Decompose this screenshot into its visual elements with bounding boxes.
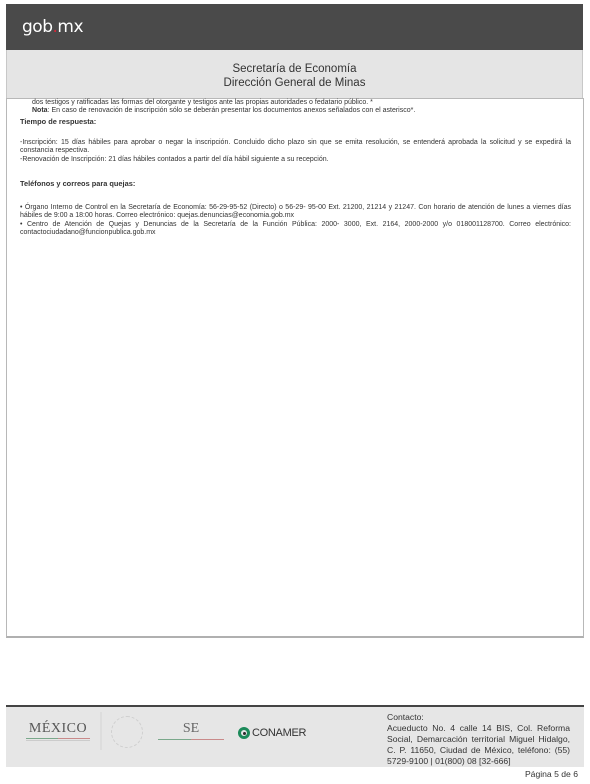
response-time-item: -Renovación de Inscripción: 21 días hábi… [20,156,571,164]
page-indicator: Página 5 de 6 [525,769,578,779]
contact-info: Contacto: Acueducto No. 4 calle 14 BIS, … [387,712,570,767]
directorate-name: Dirección General de Minas [7,77,582,89]
gobmx-logo[interactable]: gob.mx [22,17,83,37]
contact-label: Contacto: [387,712,570,723]
se-logo-bars [158,739,224,740]
complaints-item: • Órgano Interno de Control en la Secret… [20,204,571,221]
secretariat-name: Secretaría de Economía [7,63,582,75]
se-logo-text: SE [158,721,224,737]
logo-text: gob [22,17,52,37]
conamer-logo-text: CONAMER [252,727,306,739]
top-bar: gob.mx [6,4,583,50]
se-logo: SE [158,721,224,746]
contact-address: Acueducto No. 4 calle 14 BIS, Col. Refor… [387,723,570,767]
mexico-logo-bars [26,738,90,739]
document-header: Secretaría de Economía Dirección General… [6,50,583,98]
note-label: Nota [32,107,48,114]
se-logo-subtitle [158,742,224,746]
complaints-item: • Centro de Atención de Quejas y Denunci… [20,221,571,238]
conamer-logo: CONAMER [238,727,306,739]
national-seal-icon [100,712,146,750]
mexico-government-logo: MÉXICO [26,721,90,745]
complaints-heading: Teléfonos y correos para quejas: [20,180,571,188]
conamer-ring-icon [238,727,250,739]
note-text: : En caso de renovación de inscripción s… [48,107,416,114]
document-body: dos testigos y ratificadas las formas de… [6,98,584,638]
mexico-logo-text: MÉXICO [26,721,90,737]
response-time-heading: Tiempo de respuesta: [20,118,571,126]
mexico-logo-subtitle [26,740,90,745]
response-time-item: -Inscripción: 15 días hábiles para aprob… [20,139,571,156]
logo-tld: mx [57,17,83,37]
note-paragraph: Nota: En caso de renovación de inscripci… [32,107,415,115]
